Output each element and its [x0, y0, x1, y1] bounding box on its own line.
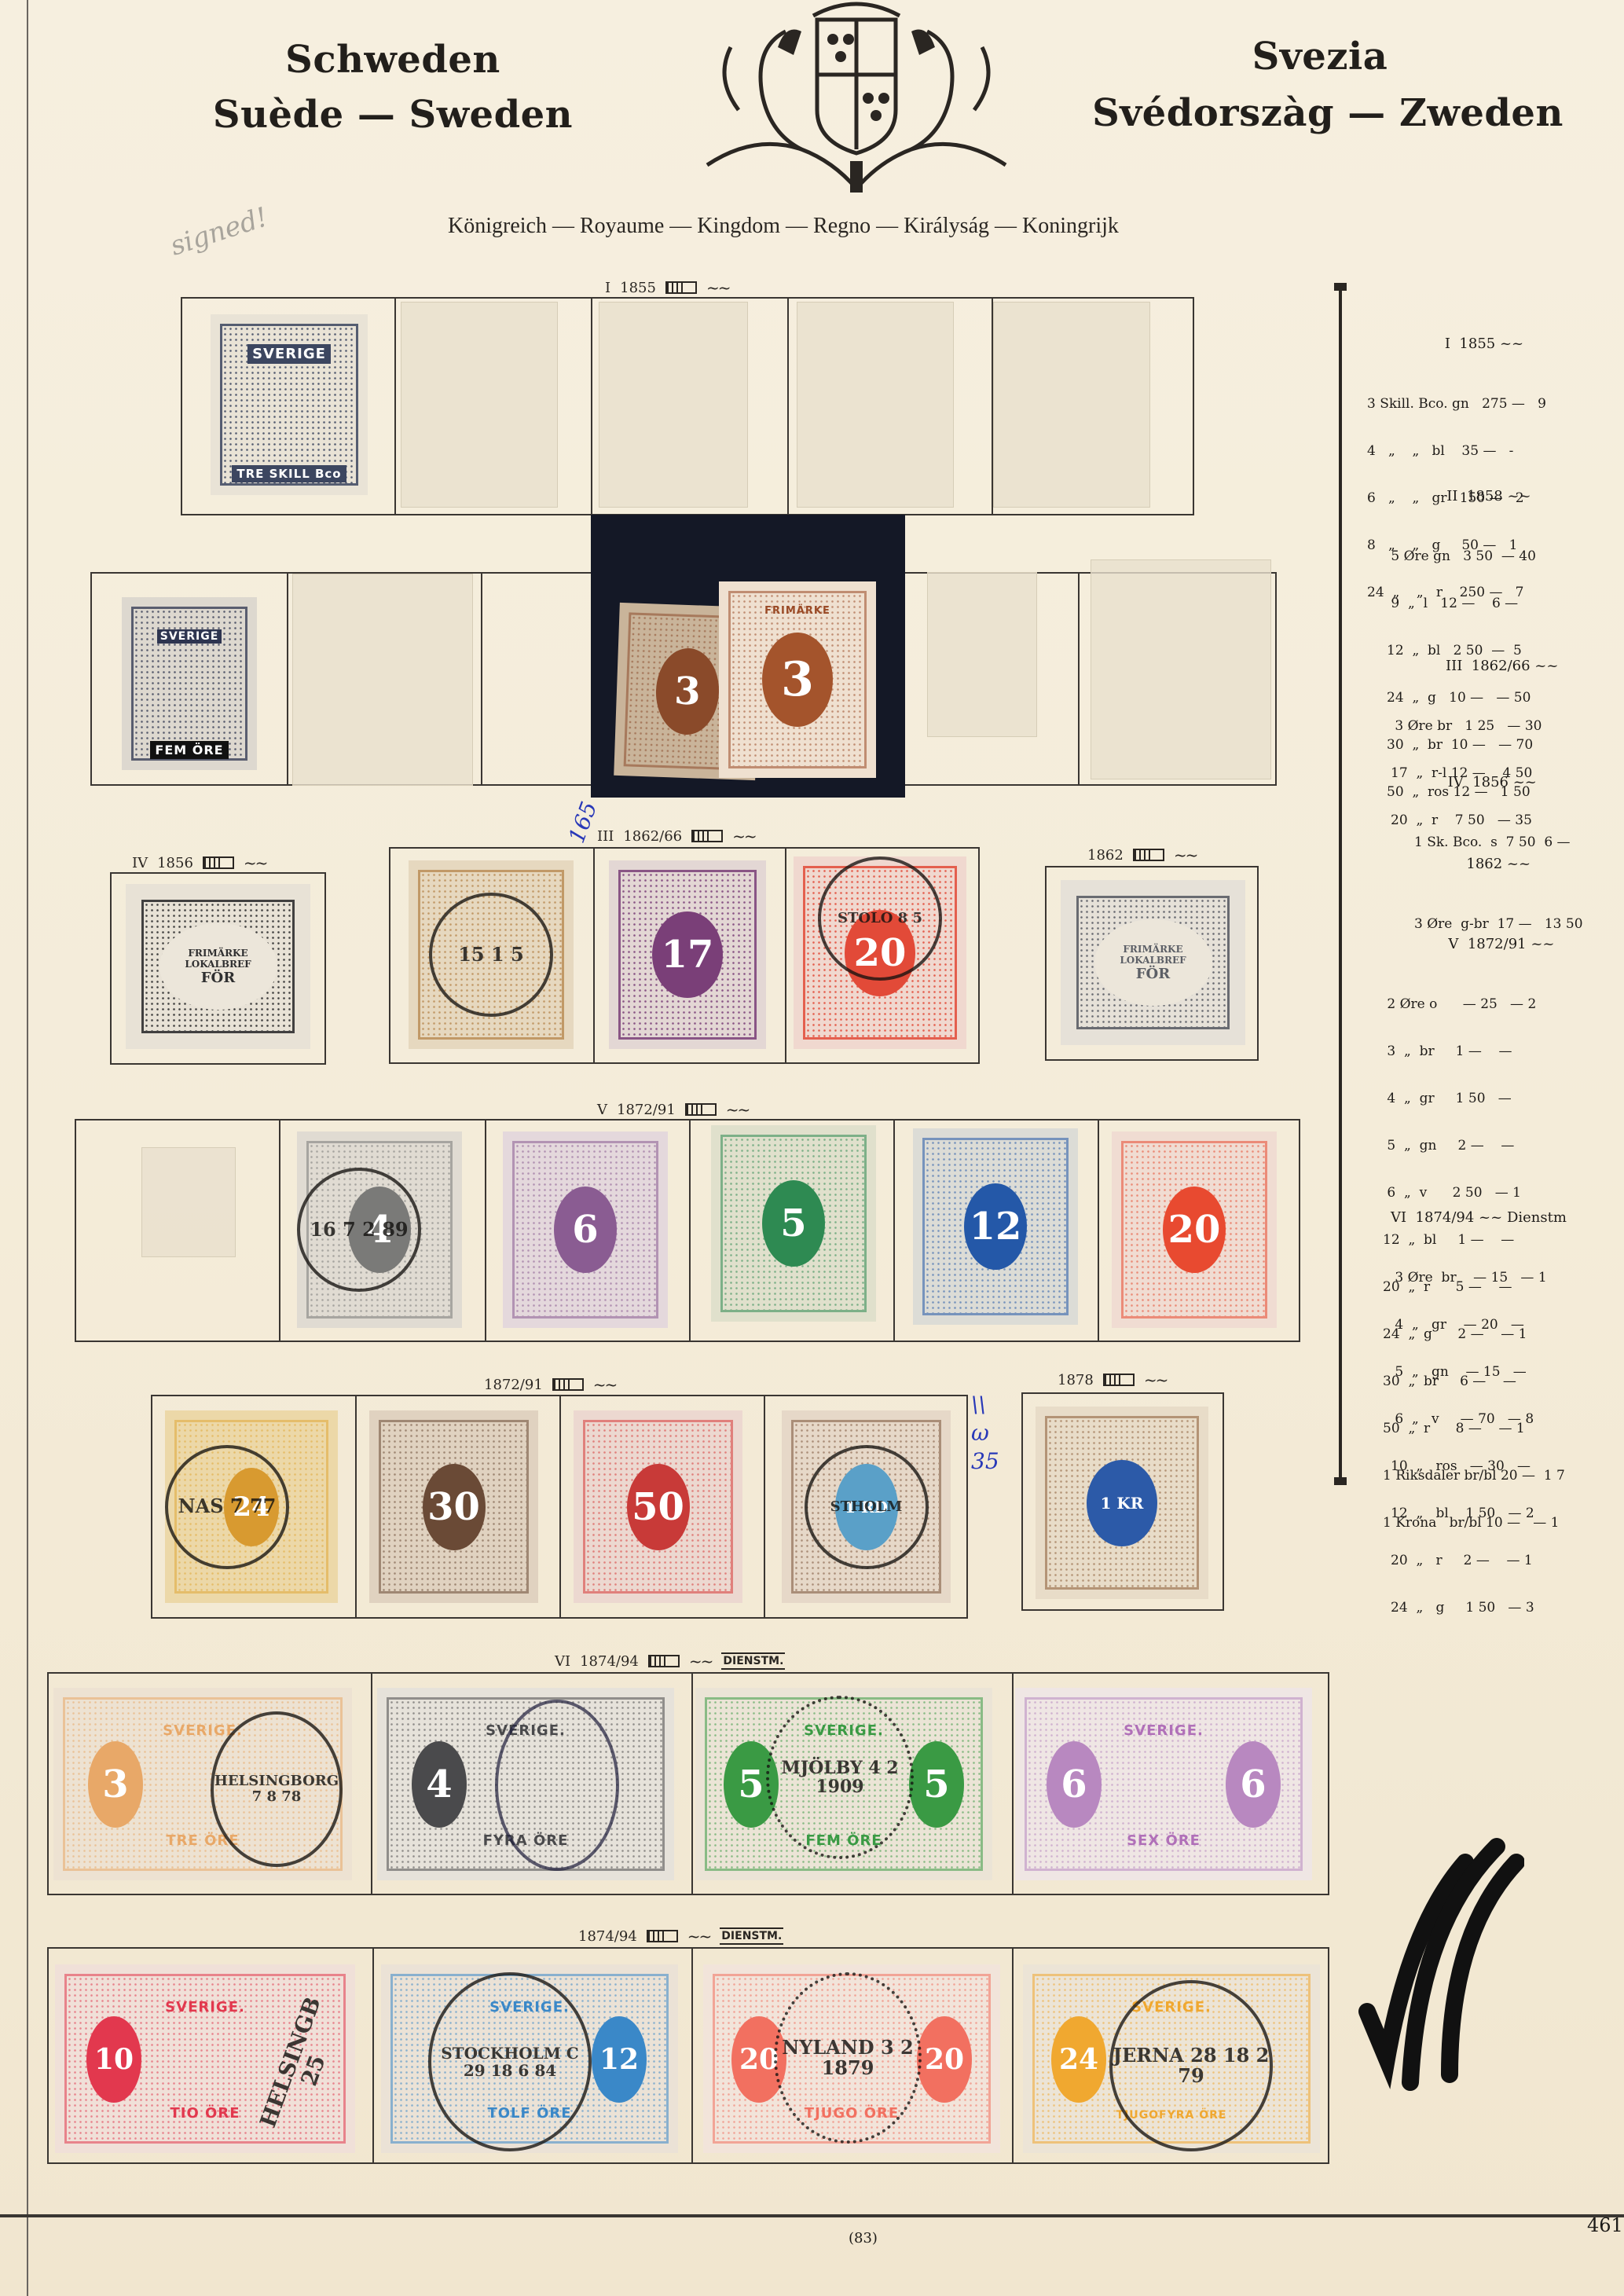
postmark: [495, 1700, 619, 1871]
stamp-value: FÖR: [1136, 966, 1170, 982]
postmark: NAS 7 77: [165, 1445, 289, 1569]
stamp-top-text: SVERIGE.: [1124, 1722, 1204, 1739]
stamp-24-ore-service: SVERIGE. 24 TJUGOFYRA ÖRE JERNA 28 18 2 …: [1023, 1964, 1320, 2153]
catalogue-row: 6 „ v — 70 — 8: [1391, 1411, 1567, 1427]
watermark-icon: ~~: [732, 827, 756, 845]
empty-mount: [1091, 559, 1271, 779]
catalogue-heading: IV 1856 ~~: [1414, 775, 1571, 790]
issue-year: 1862: [1087, 847, 1124, 864]
stamp-value: 5: [762, 1180, 825, 1267]
stamp-17-ore-1866: 17: [609, 860, 766, 1049]
postmark: HELSINGBORG 7 8 78: [211, 1711, 343, 1867]
price-note-165: 165: [563, 798, 602, 847]
watermark-icon: ~~: [726, 1100, 750, 1119]
page-number: (83): [849, 2230, 878, 2246]
stamp-value: 5: [909, 1741, 964, 1828]
catalogue-rule-cap-bottom: [1334, 1477, 1347, 1485]
catalogue-row: 2 Øre o — 25 — 2: [1383, 996, 1565, 1012]
stamp-value: 12: [592, 2016, 647, 2103]
issue-year: 1856: [157, 855, 193, 871]
stamp-3-ore-1862: 15 1 5: [409, 860, 574, 1049]
row-label-1872-91-b: 1872/91 ~~: [484, 1375, 616, 1394]
perf-icon: [647, 1930, 678, 1942]
stamp-24-ore-1872: 24 NAS 7 77: [165, 1410, 338, 1603]
dienstm-badge: DIENSTM.: [721, 1652, 785, 1670]
left-margin-rule: [27, 0, 28, 2296]
title-left-line2: Suède — Sweden: [181, 93, 605, 137]
title-left-line1: Schweden: [236, 38, 550, 82]
issue-number: III: [597, 828, 614, 845]
stamp-20-ore-1866: 20 STOLO 8 5: [794, 856, 966, 1049]
issue-year: 1878: [1058, 1372, 1094, 1388]
sheet-number: 461: [1587, 2214, 1623, 2236]
kingdom-subtitle: Königreich — Royaume — Kingdom — Regno —…: [448, 214, 1119, 239]
issue-year: 1874/94: [580, 1653, 639, 1670]
stamp-caption: FRIMÄRKE LOKALBREF: [171, 948, 266, 970]
empty-mount: [141, 1147, 236, 1257]
stamp-value: 50: [627, 1464, 690, 1550]
catalogue-rule: [1339, 283, 1342, 1485]
stamp-5-ore-1858: SVERIGE FEM ÖRE: [122, 597, 257, 770]
catalogue-row: 5 „ gn 2 — —: [1383, 1138, 1565, 1154]
empty-mount: [599, 302, 748, 508]
stamp-value: 3: [762, 633, 833, 727]
row-label-1874-94: VI 1874/94 ~~ DIENSTM.: [555, 1652, 785, 1671]
stamp-4-ore-service: SVERIGE. 4 FYRA ÖRE: [377, 1688, 674, 1880]
catalogue-row: 4 „ gr 1 50 —: [1383, 1091, 1565, 1106]
stamp-value: 30: [423, 1464, 486, 1550]
stamp-5-ore-1872: 5: [711, 1125, 876, 1322]
stamp-top-text: SVERIGE.: [165, 1999, 245, 2015]
issue-number: VI: [555, 1653, 570, 1670]
watermark-icon: ~~: [593, 1375, 617, 1394]
stamp-value: 4: [412, 1741, 467, 1828]
issue-year: 1862/66: [623, 828, 682, 845]
row-label-1874-94-b: 1874/94 ~~ DIENSTM.: [578, 1927, 783, 1946]
perf-icon: [685, 1103, 717, 1116]
watermark-icon: ~~: [689, 1652, 713, 1671]
catalogue-row: 5 „ gn — 15 —: [1391, 1364, 1567, 1380]
catalogue-row: 3 „ br 1 — —: [1383, 1043, 1565, 1059]
empty-mount: [401, 302, 558, 508]
catalogue-row: 3 Skill. Bco. gn 275 — 9: [1367, 396, 1546, 412]
row-label-1878: 1878 ~~: [1058, 1370, 1167, 1389]
issue-year: 1872/91: [484, 1377, 543, 1393]
row-label-1862: 1862 ~~: [1087, 845, 1197, 864]
perf-icon: [1103, 1374, 1135, 1386]
catalogue-heading: VI 1874/94 ~~ Dienstm: [1391, 1210, 1567, 1226]
stamp-top-text: SVERIGE: [157, 629, 222, 644]
checkmark-annotation-icon: [1351, 1831, 1524, 2098]
empty-mount: [927, 572, 1037, 737]
stamp-1-krona-1878: 1 KR: [1036, 1407, 1208, 1599]
stamp-lokalbref-1862: FRIMÄRKE LOKALBREF FÖR: [1061, 880, 1245, 1045]
catalogue-heading: II 1858 ~~: [1387, 489, 1536, 504]
dienstm-badge: DIENSTM.: [720, 1927, 783, 1945]
stamp-4-ore-1872: 4 16 7 2 89: [297, 1131, 462, 1328]
stamp-20-ore-1872: 20: [1112, 1131, 1277, 1328]
footer-rule: [0, 2214, 1624, 2217]
stamp-caption: FEM ÖRE: [150, 741, 228, 759]
row-label-1862-66: III 1862/66 ~~: [597, 827, 756, 845]
catalogue-row: 12 „ bl 1 50 — 2: [1391, 1506, 1567, 1521]
stamp-value: FÖR: [201, 970, 235, 986]
watermark-icon: ~~: [706, 278, 730, 297]
perf-icon: [552, 1378, 584, 1391]
stamp-value: 20: [1163, 1187, 1226, 1273]
imperf-icon: [665, 281, 697, 294]
watermark-icon: ~~: [244, 853, 267, 872]
stamp-50-ore-1872: 50: [574, 1410, 742, 1603]
stamp-6-ore-service: SVERIGE. 6 6 SEX ÖRE: [1015, 1688, 1312, 1880]
row-label-1872-91: V 1872/91 ~~: [597, 1100, 749, 1119]
watermark-icon: ~~: [687, 1927, 711, 1946]
stamp-5-ore-service: SVERIGE. 5 5 FEM ÖRE MJÖLBY 4 2 1909: [695, 1688, 992, 1880]
catalogue-heading: 1862 ~~: [1414, 856, 1583, 872]
catalogue-section: VI 1874/94 ~~ Dienstm 3 Øre br — 15 — 1 …: [1391, 1179, 1567, 1631]
stamp-value: 3: [88, 1741, 143, 1828]
stamp-1-riksdaler-1872: 1 RD STHOLM: [782, 1410, 951, 1603]
postmark: 16 7 2 89: [297, 1168, 421, 1292]
issue-year: 1872/91: [617, 1102, 676, 1118]
stamp-caption: TIO ÖRE: [170, 2105, 240, 2122]
issue-year: 1855: [620, 280, 656, 296]
perf-icon: [203, 856, 234, 869]
stamp-10-ore-service: SVERIGE. 10 TIO ÖRE HELSINGB 25: [55, 1964, 355, 2153]
perf-icon: [1133, 849, 1164, 861]
issue-number: IV: [132, 855, 148, 871]
title-right-line1: Svezia: [1163, 35, 1477, 79]
blue-pen-note: \\ ω 35: [971, 1391, 1003, 1476]
postmark: STHOLM: [805, 1445, 929, 1569]
catalogue-row: 3 Øre br 1 25 — 30: [1391, 718, 1558, 734]
catalogue-row: 5 Øre gn 3 50 — 40: [1387, 548, 1536, 564]
stamp-3-skill-1855: SVERIGE TRE SKILL Bco: [211, 314, 368, 495]
perf-icon: [691, 830, 723, 842]
stamp-3-ore-service: SVERIGE. 3 TRE ÖRE HELSINGBORG 7 8 78: [53, 1688, 352, 1880]
postmark: NYLAND 3 2 1879: [774, 1972, 922, 2144]
stamp-12-ore-service: SVERIGE. 12 TOLF ÖRE STOCKHOLM C 29 18 6…: [381, 1964, 678, 2153]
stamp-value: 10: [86, 2016, 141, 2103]
stamp-lokalbref-1856: FRIMÄRKE LOKALBREF FÖR: [126, 884, 310, 1049]
stamp-value: 6: [554, 1187, 617, 1273]
catalogue-heading: V 1872/91 ~~: [1383, 937, 1565, 952]
stamp-value: 20: [917, 2016, 972, 2103]
watermark-icon: ~~: [1174, 845, 1197, 864]
empty-mount: [292, 574, 473, 786]
catalogue-row: 24 „ g 1 50 — 3: [1391, 1600, 1567, 1616]
stamp-top-text: FRIMÄRKE: [764, 605, 830, 617]
catalogue-heading: I 1855 ~~: [1367, 336, 1546, 352]
stamp-value: 17: [652, 911, 723, 998]
issue-number: V: [597, 1102, 607, 1118]
stamp-caption: SEX ÖRE: [1127, 1832, 1201, 1849]
postmark: JERNA 28 18 2 79: [1109, 1980, 1273, 2151]
stamp-value: 12: [964, 1183, 1027, 1270]
stamp-6-ore-1872: 6: [503, 1131, 668, 1328]
stamp-caption: TRE SKILL Bco: [232, 465, 346, 482]
title-right-line2: Svédorszàg — Zweden: [1084, 91, 1571, 135]
catalogue-row: 20 „ r 2 — — 1: [1391, 1553, 1567, 1568]
watermark-icon: ~~: [1144, 1370, 1168, 1389]
stamp-value: 1 KR: [1087, 1460, 1157, 1546]
stamp-value: 24: [1051, 2016, 1106, 2103]
catalogue-row: 3 Øre br — 15 — 1: [1391, 1270, 1567, 1286]
stamp-3-ore-pair-front: 3 FRIMÄRKE: [719, 581, 876, 778]
stamp-value: 6: [1226, 1741, 1281, 1828]
catalogue-rule-cap-top: [1334, 283, 1347, 291]
catalogue-row: 10 „ ros — 30 —: [1391, 1458, 1567, 1474]
postmark: STOCKHOLM C 29 18 6 84: [428, 1972, 592, 2151]
postmark: MJÖLBY 4 2 1909: [766, 1696, 914, 1859]
stamp-20-ore-service: 20 20 TJUGO ÖRE NYLAND 3 2 1879: [703, 1964, 1000, 2153]
postmark: 15 1 5: [429, 893, 553, 1017]
empty-mount: [797, 302, 954, 508]
issue-year: 1874/94: [578, 1928, 637, 1945]
catalogue-row: 4 „ gr — 20 —: [1391, 1317, 1567, 1333]
empty-mount: [993, 302, 1150, 508]
stamp-top-text: SVERIGE: [247, 344, 331, 364]
row-label-1855: I 1855 ~~: [605, 278, 729, 297]
perf-icon: [648, 1655, 680, 1667]
catalogue-heading: III 1862/66 ~~: [1391, 658, 1558, 674]
catalogue-row: 9 „ l 12 — 6 —: [1387, 596, 1536, 611]
stamp-30-ore-1872: 30: [369, 1410, 538, 1603]
postmark: STOLO 8 5: [818, 856, 942, 981]
stamp-12-ore-1872: 12: [913, 1128, 1078, 1325]
signed-annotation: signed!: [167, 201, 272, 262]
row-label-1856: IV 1856 ~~: [132, 853, 266, 872]
stamp-value: 6: [1047, 1741, 1102, 1828]
stamp-caption: FRIMÄRKE LOKALBREF: [1106, 944, 1201, 966]
catalogue-row: 4 „ „ bl 35 — -: [1367, 443, 1546, 459]
coat-of-arms-icon: [676, 0, 1037, 212]
issue-number: I: [605, 280, 610, 296]
